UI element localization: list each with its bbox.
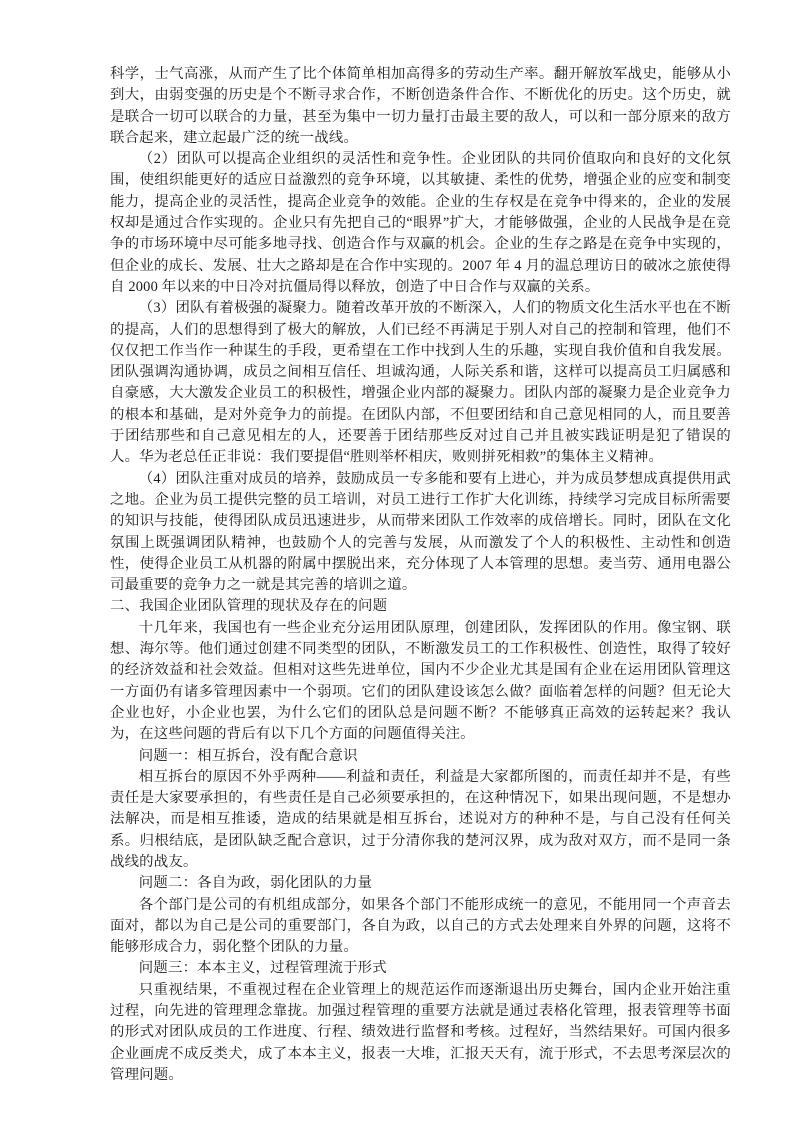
paragraph-issue-two: 各个部门是公司的有机组成部分，如果各个部门不能形成统一的意见，不能用同一个声音去…: [110, 895, 731, 959]
paragraph-issue-three: 只重视结果，不重视过程在企业管理上的规范运作而逐渐退出历史舞台，国内企业开始注重…: [110, 980, 731, 1086]
issue-heading-three: 问题三：本本主义，过程管理流于形式: [110, 958, 731, 979]
paragraph-team-cohesion: （3）团队有着极强的凝聚力。随着改革开放的不断深入，人们的物质文化生活水平也在不…: [110, 298, 731, 468]
issue-heading-two: 问题二：各自为政，弱化团队的力量: [110, 873, 731, 894]
document-page: 科学，士气高涨，从而产生了比个体简单相加高得多的劳动生产率。翻开解放军战史，能够…: [0, 0, 793, 1122]
paragraph-team-flexibility: （2）团队可以提高企业组织的灵活性和竞争性。企业团队的共同价值取向和良好的文化氛…: [110, 149, 731, 298]
issue-heading-one: 问题一：相互拆台，没有配合意识: [110, 746, 731, 767]
paragraph-team-training: （4）团队注重对成员的培养，鼓励成员一专多能和要有上进心，并为成员梦想成真提供用…: [110, 469, 731, 597]
section-heading-status-and-problems: 二、我国企业团队管理的现状及存在的问题: [110, 596, 731, 617]
paragraph-continuation: 科学，士气高涨，从而产生了比个体简单相加高得多的劳动生产率。翻开解放军战史，能够…: [110, 64, 731, 149]
document-text-block: 科学，士气高涨，从而产生了比个体简单相加高得多的劳动生产率。翻开解放军战史，能够…: [110, 64, 731, 1086]
paragraph-issue-one: 相互拆台的原因不外乎两种——利益和责任，利益是大家都所图的，而责任却并不是，有些…: [110, 767, 731, 873]
paragraph-domestic-overview: 十几年来，我国也有一些企业充分运用团队原理，创建团队，发挥团队的作用。像宝钢、联…: [110, 618, 731, 746]
